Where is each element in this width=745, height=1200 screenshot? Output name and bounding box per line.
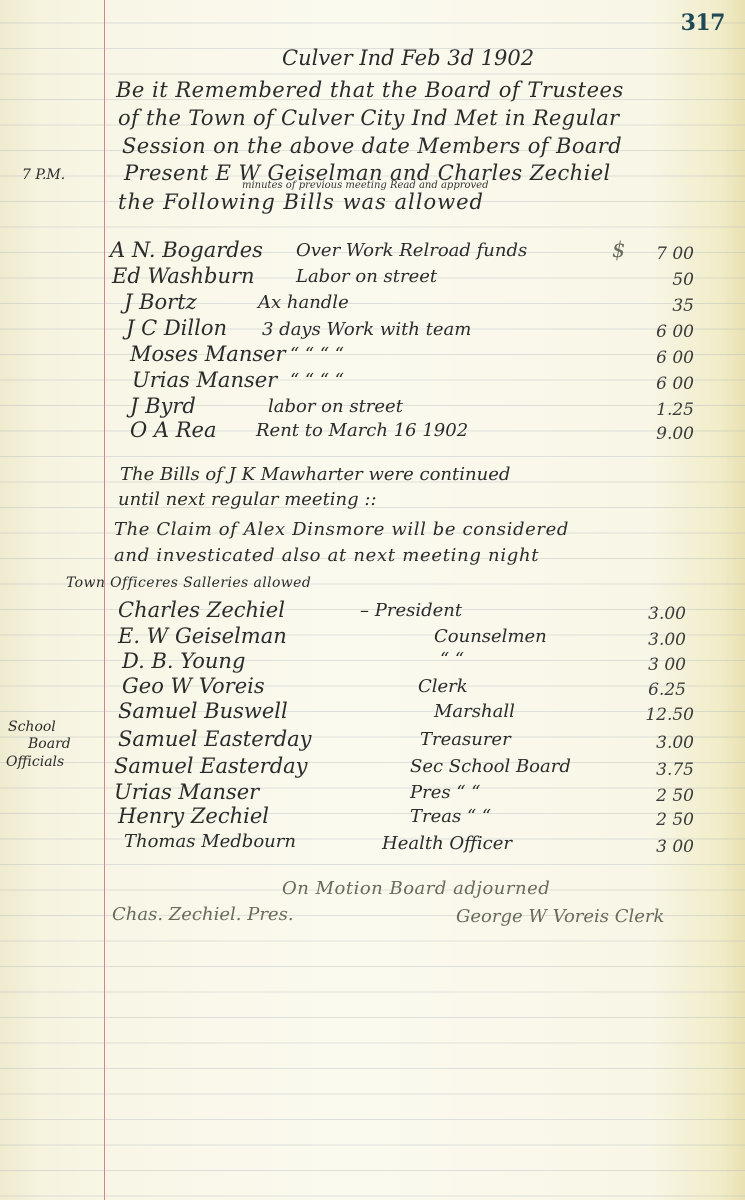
official-office: Health Officer bbox=[382, 835, 512, 853]
bill-amount: 50 bbox=[614, 270, 694, 290]
salary-amount: 12.50 bbox=[614, 705, 694, 725]
preamble-line: of the Town of Culver City Ind Met in Re… bbox=[118, 108, 619, 129]
official-name: Samuel Buswell bbox=[118, 701, 288, 722]
bill-payee: Moses Manser bbox=[130, 344, 286, 365]
bill-payee: J Byrd bbox=[130, 396, 196, 417]
bill-description: labor on street bbox=[268, 398, 403, 416]
bill-description: “ “ “ “ bbox=[290, 372, 344, 390]
bill-row: J Byrd labor on street 1.25 bbox=[0, 396, 745, 422]
salary-row: Samuel Easterday Treasurer 3.00 bbox=[0, 729, 745, 755]
salary-amount: 6.25 bbox=[606, 680, 686, 700]
salary-row: Samuel Easterday Sec School Board 3.75 bbox=[0, 756, 745, 782]
closing-motion: On Motion Board adjourned bbox=[282, 880, 550, 898]
bill-description: Ax handle bbox=[258, 294, 349, 312]
bill-row: A N. Bogardes Over Work Relroad funds $ … bbox=[0, 240, 745, 266]
bill-amount: 1.25 bbox=[614, 400, 694, 420]
official-office: Treas “ “ bbox=[410, 808, 491, 826]
official-office: Pres “ “ bbox=[410, 784, 480, 802]
salary-amount: 3.75 bbox=[614, 760, 694, 780]
salary-amount: 3.00 bbox=[614, 733, 694, 753]
salary-amount: 2 50 bbox=[614, 786, 694, 806]
salary-amount: 3 00 bbox=[606, 655, 686, 675]
bill-payee: J C Dillon bbox=[126, 318, 227, 339]
salary-amount: 3.00 bbox=[606, 604, 686, 624]
bill-description: Over Work Relroad funds bbox=[296, 242, 527, 260]
official-name: Thomas Medbourn bbox=[124, 833, 296, 851]
salary-row: Geo W Voreis Clerk 6.25 bbox=[0, 676, 745, 702]
bill-payee: Urias Manser bbox=[132, 370, 277, 391]
official-name: E. W Geiselman bbox=[118, 626, 287, 647]
signature-president: Chas. Zechiel. Pres. bbox=[112, 906, 294, 924]
note-line: until next regular meeting :: bbox=[118, 491, 377, 509]
official-office: Counselmen bbox=[434, 628, 547, 646]
official-office: Marshall bbox=[434, 703, 515, 721]
bill-row: Ed Washburn Labor on street 50 bbox=[0, 266, 745, 292]
salaries-heading: Town Officeres Salleries allowed bbox=[66, 576, 311, 590]
preamble-line: the Following Bills was allowed bbox=[118, 192, 484, 213]
bill-description: Labor on street bbox=[296, 268, 437, 286]
salary-amount: 2 50 bbox=[614, 810, 694, 830]
salary-row: E. W Geiselman Counselmen 3.00 bbox=[0, 626, 745, 652]
bill-payee: A N. Bogardes bbox=[110, 240, 263, 261]
official-office: Clerk bbox=[418, 678, 468, 696]
salary-row: Charles Zechiel – President 3.00 bbox=[0, 600, 745, 626]
official-name: D. B. Young bbox=[122, 651, 245, 672]
bill-row: O A Rea Rent to March 16 1902 9.00 bbox=[0, 420, 745, 446]
bill-row: J Bortz Ax handle 35 bbox=[0, 292, 745, 318]
bill-amount: 6 00 bbox=[614, 322, 694, 342]
salary-amount: 3.00 bbox=[606, 630, 686, 650]
bill-payee: J Bortz bbox=[124, 292, 197, 313]
margin-note-time: 7 P.M. bbox=[22, 168, 65, 182]
official-name: Urias Manser bbox=[114, 782, 259, 803]
bill-description: Rent to March 16 1902 bbox=[256, 422, 468, 440]
official-name: Samuel Easterday bbox=[118, 729, 312, 750]
salary-amount: 3 00 bbox=[614, 837, 694, 857]
salary-row: D. B. Young “ “ 3 00 bbox=[0, 651, 745, 677]
salary-row: Samuel Buswell Marshall 12.50 bbox=[0, 701, 745, 727]
salary-row: Thomas Medbourn Health Officer 3 00 bbox=[0, 831, 745, 857]
preamble-line: Be it Remembered that the Board of Trust… bbox=[116, 80, 624, 101]
official-name: Geo W Voreis bbox=[122, 676, 265, 697]
bill-row: J C Dillon 3 days Work with team 6 00 bbox=[0, 318, 745, 344]
bill-description: 3 days Work with team bbox=[262, 321, 471, 339]
bill-payee: Ed Washburn bbox=[112, 266, 255, 287]
bill-amount: 35 bbox=[614, 296, 694, 316]
official-office: Sec School Board bbox=[410, 758, 571, 776]
bill-amount: 7 00 bbox=[614, 244, 694, 264]
page-number: 317 bbox=[681, 10, 725, 36]
bill-amount: 6 00 bbox=[614, 348, 694, 368]
note-line: The Bills of J K Mawharter were continue… bbox=[120, 466, 510, 484]
salary-row: Urias Manser Pres “ “ 2 50 bbox=[0, 782, 745, 808]
bill-description: “ “ “ “ bbox=[290, 346, 344, 364]
preamble-line: Session on the above date Members of Boa… bbox=[122, 136, 622, 157]
bill-amount: 9.00 bbox=[614, 424, 694, 444]
official-office: Treasurer bbox=[420, 731, 511, 749]
official-office: – President bbox=[360, 602, 462, 620]
note-line: The Claim of Alex Dinsmore will be consi… bbox=[114, 521, 569, 539]
note-line: and investicated also at next meeting ni… bbox=[114, 547, 539, 565]
official-name: Henry Zechiel bbox=[118, 806, 269, 827]
minutes-heading: Culver Ind Feb 3d 1902 bbox=[282, 48, 534, 69]
signature-clerk: George W Voreis Clerk bbox=[456, 908, 664, 926]
official-name: Charles Zechiel bbox=[118, 600, 285, 621]
bill-payee: O A Rea bbox=[130, 420, 217, 441]
official-name: Samuel Easterday bbox=[114, 756, 308, 777]
bill-row: Moses Manser “ “ “ “ 6 00 bbox=[0, 344, 745, 370]
bill-amount: 6 00 bbox=[614, 374, 694, 394]
ledger-page: 317 Culver Ind Feb 3d 1902 7 P.M. Be it … bbox=[0, 0, 745, 1200]
bill-row: Urias Manser “ “ “ “ 6 00 bbox=[0, 370, 745, 396]
salary-row: Henry Zechiel Treas “ “ 2 50 bbox=[0, 806, 745, 832]
official-office: “ “ bbox=[440, 651, 464, 669]
